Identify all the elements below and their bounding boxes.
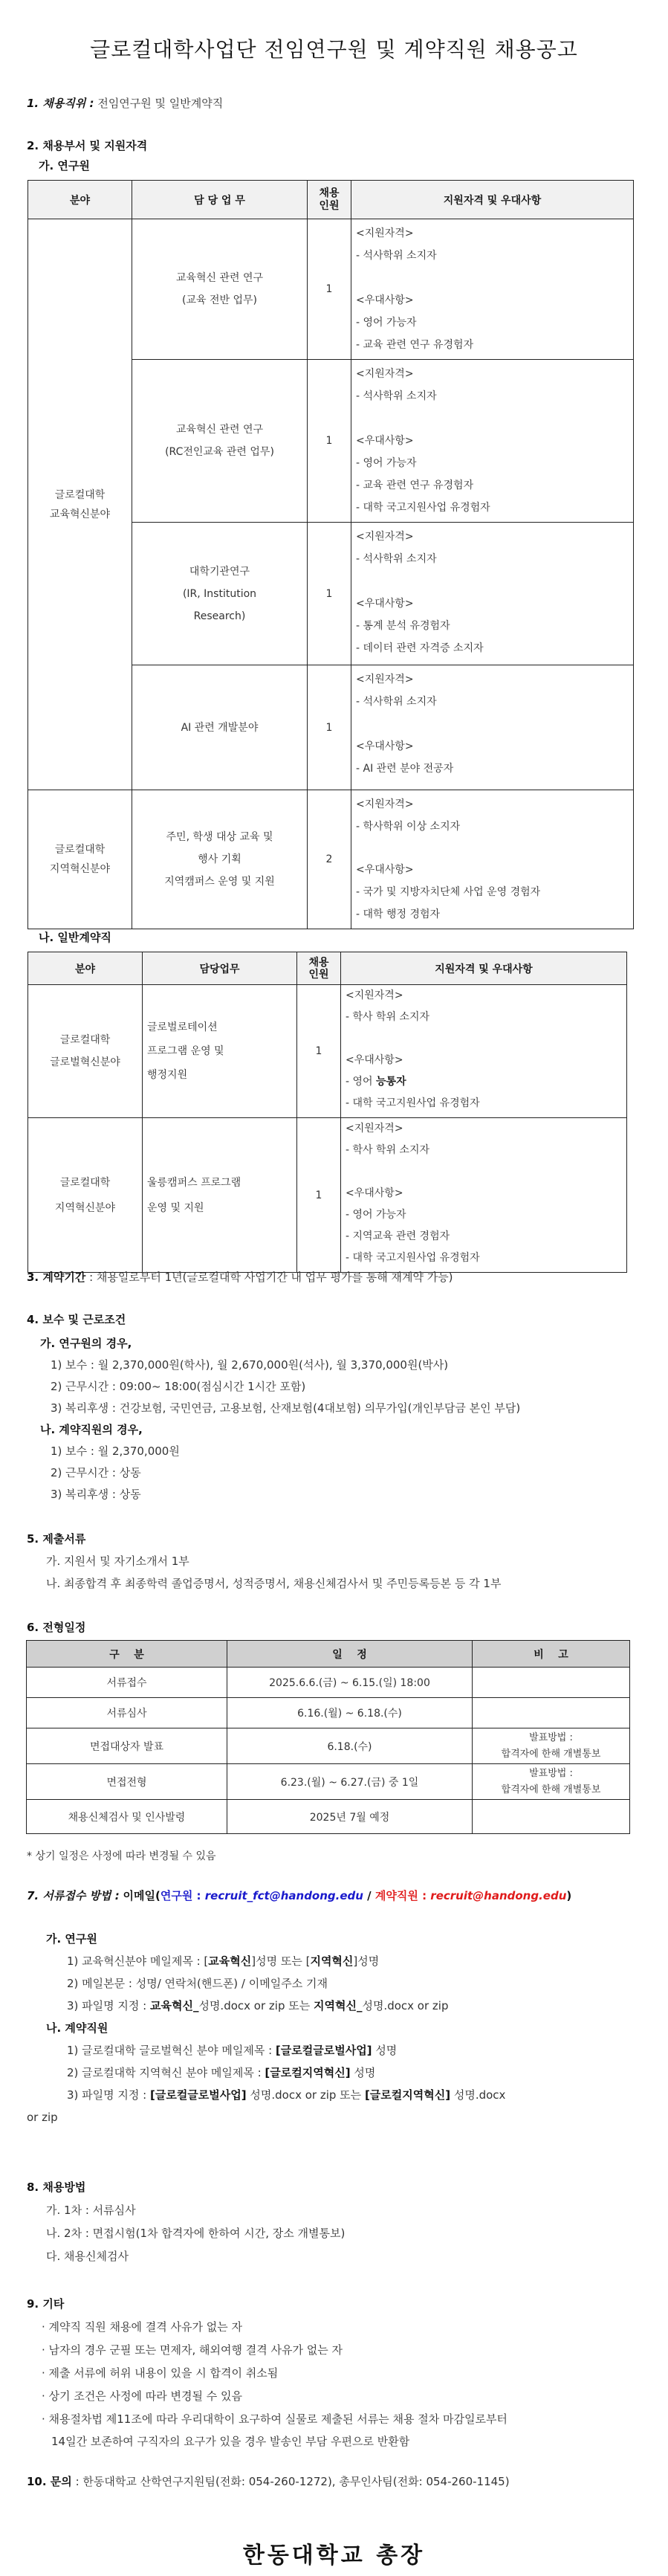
field-cell: 글로컬대학 교육혁신분야 [28, 219, 132, 790]
list-item: 가. 1차 : 서류심사 [46, 2203, 345, 2218]
emphasis: [글로컬글로벌사업] [150, 2088, 247, 2102]
task-line1: 글로벌로테이션 [147, 1016, 296, 1039]
field-line2: 지역혁신분야 [29, 1195, 141, 1221]
spacer [346, 1028, 622, 1050]
task-cell: 울릉캠퍼스 프로그램 운영 및 지원 [143, 1118, 297, 1273]
list-item: 1) 글로컬대학 글로벌혁신 분야 메일제목 : [글로컬글로벌사업] 성명 [67, 2043, 505, 2058]
date-cell: 6.16.(월) ~ 6.18.(수) [227, 1698, 473, 1728]
section-9-label: 9. 기타 [27, 2296, 508, 2311]
task-line1: 교육혁신 관련 연구 [133, 419, 306, 441]
pref-title: <우대사항> [356, 430, 629, 452]
list-item: 3) 파일명 지정 : 교육혁신_성명.docx or zip 또는 지역혁신_… [67, 1998, 505, 2013]
section-1-label: 1. 채용직위 : [27, 97, 94, 110]
list-item: 1) 보수 : 월 2,370,000원(학사), 월 2,670,000원(석… [51, 1358, 520, 1372]
task-line2: 운영 및 지원 [147, 1195, 296, 1221]
qualification-cell: <지원자격> - 학사 학위 소지자 <우대사항> - 영어 능통자 - 대학 … [341, 985, 627, 1118]
qual-item: - 학사 학위 소지자 [346, 1140, 622, 1161]
section-10: 10. 문의 : 한동대학교 산학연구지원팀(전화: 054-260-1272)… [27, 2473, 510, 2489]
text: 성명 [351, 2066, 376, 2079]
task-line3: 행정지원 [147, 1063, 296, 1087]
section-5: 5. 제출서류 가. 지원서 및 자기소개서 1부 나. 최종합격 후 최종학력… [27, 1531, 501, 1591]
task-line1: 교육혁신 관련 연구 [133, 267, 306, 289]
pref-title: <우대사항> [346, 1050, 622, 1071]
section-4a-label: 가. 연구원의 경우, [40, 1336, 520, 1351]
section-1-value: 전임연구원 및 일반계약직 [97, 97, 223, 110]
field-cell: 글로컬대학 지역혁신분야 [28, 1118, 143, 1273]
list-item: · 상기 조건은 사정에 따라 변경될 수 있음 [42, 2389, 508, 2404]
staff-email-link[interactable]: recruit@handong.edu [430, 1889, 566, 1902]
section-4b-label: 나. 계약직원의 경우, [40, 1422, 520, 1437]
list-item-continuation: 14일간 보존하여 구직자의 요구가 있을 경우 발송인 부담 우편으로 반환함 [51, 2434, 508, 2449]
count-cell: 1 [308, 219, 351, 360]
text: ]성명 [353, 1954, 379, 1968]
email-separator: / [363, 1889, 375, 1902]
emphasis: [글로컬글로벌사업] [276, 2044, 372, 2057]
task-line3: 지역캠퍼스 운영 및 지원 [133, 871, 306, 893]
stage-cell: 서류심사 [27, 1698, 227, 1728]
text: 성명 [372, 2044, 398, 2057]
qual-title: <지원자격> [356, 526, 629, 548]
task-cell: 대학기관연구 (IR, Institution Research) [132, 523, 308, 665]
pref-item: - 통계 분석 유경험자 [356, 615, 629, 637]
header-task: 담당업무 [143, 952, 297, 985]
emphasis: 지역혁신 [310, 1954, 353, 1968]
emphasis: [글로컬지역혁신] [265, 2066, 350, 2079]
pref-item-emphasis: 능통자 [376, 1076, 406, 1088]
list-item: · 남자의 경우 군필 또는 면제자, 해외여행 결격 사유가 없는 자 [42, 2343, 508, 2357]
text: 3) 파일명 지정 : [67, 2088, 150, 2102]
pref-item: - 지역교육 관련 경험자 [346, 1226, 622, 1247]
date-cell: 6.23.(월) ~ 6.27.(금) 중 1일 [227, 1764, 473, 1800]
task-cell: 교육혁신 관련 연구 (RC전인교육 관련 업무) [132, 360, 308, 523]
header-count-line1: 채용 [298, 957, 340, 969]
pref-item: - 교육 관련 연구 유경험자 [356, 334, 629, 356]
section-6-label: 6. 전형일정 [27, 1621, 85, 1634]
field-line2: 글로벌혁신분야 [29, 1051, 141, 1074]
emphasis: 교육혁신 [208, 1954, 251, 1968]
section-8-list: 가. 1차 : 서류심사 나. 2차 : 면접시험(1차 합격자에 한하여 시간… [46, 2203, 345, 2264]
section-8-label: 8. 채용방법 [27, 2180, 345, 2195]
qualification-cell: <지원자격> - 석사학위 소지자 <우대사항> - 통계 분석 유경험자 - … [351, 523, 634, 665]
pref-item: - 대학 국고지원사업 유경험자 [346, 1247, 622, 1269]
stage-cell: 면접전형 [27, 1764, 227, 1800]
text: 성명.docx or zip 또는 [198, 1999, 314, 2012]
pref-item: - 데이터 관련 자격증 소지자 [356, 637, 629, 659]
list-item: 2) 근무시간 : 09:00~ 18:00(점심시간 1시간 포함) [51, 1379, 520, 1394]
qual-title: <지원자격> [356, 363, 629, 385]
qual-item: - 학사학위 이상 소지자 [356, 816, 629, 838]
text: 3) 파일명 지정 : [67, 1999, 150, 2012]
table-row: 서류심사 6.16.(월) ~ 6.18.(수) [27, 1698, 630, 1728]
section-1-position: 1. 채용직위 : 전임연구원 및 일반계약직 [27, 95, 223, 111]
table-row: 글로컬대학 글로벌혁신분야 글로벌로테이션 프로그램 운영 및 행정지원 1 <… [28, 985, 627, 1118]
note-cell [473, 1698, 630, 1728]
list-item: · 채용절차법 제11조에 따라 우리대학이 요구하여 실물로 제출된 서류는 … [42, 2412, 508, 2427]
qual-title: <지원자격> [356, 222, 629, 245]
table-row: 글로컬대학 지역혁신분야 울릉캠퍼스 프로그램 운영 및 지원 1 <지원자격>… [28, 1118, 627, 1273]
count-cell: 1 [308, 523, 351, 665]
pref-title: <우대사항> [346, 1183, 622, 1204]
qual-item: - 학사 학위 소지자 [346, 1007, 622, 1028]
header-date: 일 정 [227, 1641, 473, 1668]
spacer [356, 570, 629, 593]
table-row: 글로컬대학 지역혁신분야 주민, 학생 대상 교육 및 행사 기획 지역캠퍼스 … [28, 790, 634, 929]
task-line2: 프로그램 운영 및 [147, 1039, 296, 1063]
spacer [356, 267, 629, 289]
date-cell: 2025년 7월 예정 [227, 1800, 473, 1834]
section-8: 8. 채용방법 가. 1차 : 서류심사 나. 2차 : 면접시험(1차 합격자… [27, 2180, 345, 2264]
emphasis: 지역혁신_ [314, 1999, 362, 2012]
method-suffix: ) [566, 1889, 571, 1902]
header-count: 채용 인원 [308, 181, 351, 219]
emphasis: [글로컬지역혁신] [365, 2088, 450, 2102]
field-cell: 글로컬대학 글로벌혁신분야 [28, 985, 143, 1118]
section-7b-list: 1) 글로컬대학 글로벌혁신 분야 메일제목 : [글로컬글로벌사업] 성명 2… [67, 2043, 505, 2102]
text: 1) 글로컬대학 글로벌혁신 분야 메일제목 : [67, 2044, 276, 2057]
task-line2: (IR, Institution [133, 583, 306, 605]
pref-item: - 대학 국고지원사업 유경험자 [356, 497, 629, 519]
list-item: 1) 교육혁신분야 메일제목 : [교육혁신]성명 또는 [지역혁신]성명 [67, 1954, 505, 1969]
pref-item: - 영어 가능자 [356, 452, 629, 474]
text: ]성명 또는 [ [251, 1954, 310, 1968]
field-line2: 지역혁신분야 [29, 859, 131, 879]
schedule-table: 구 분 일 정 비 고 서류접수 2025.6.6.(금) ~ 6.15.(일)… [26, 1640, 630, 1834]
field-line2: 교육혁신분야 [29, 505, 131, 524]
header-count-line1: 채용 [308, 187, 350, 200]
section-9-list: · 계약직 직원 채용에 결격 사유가 없는 자 · 남자의 경우 군필 또는 … [42, 2320, 508, 2449]
header-stage: 구 분 [27, 1641, 227, 1668]
header-qualifications: 지원자격 및 우대사항 [341, 952, 627, 985]
list-item: 가. 지원서 및 자기소개서 1부 [46, 1554, 501, 1569]
task-line2: (RC전인교육 관련 업무) [133, 441, 306, 463]
list-item: 3) 파일명 지정 : [글로컬글로벌사업] 성명.docx or zip 또는… [67, 2088, 505, 2102]
signature: 한동대학교 총장 [0, 2537, 668, 2569]
section-6-heading: 6. 전형일정 [27, 1619, 85, 1635]
qual-title: <지원자격> [346, 985, 622, 1007]
pref-title: <우대사항> [356, 735, 629, 758]
header-count: 채용 인원 [297, 952, 341, 985]
text: 성명.docx or zip [362, 1999, 448, 2012]
field-line1: 글로컬대학 [29, 485, 131, 505]
qual-title: <지원자격> [356, 793, 629, 816]
table-row: 글로컬대학 교육혁신분야 교육혁신 관련 연구 (교육 전반 업무) 1 <지원… [28, 219, 634, 360]
task-line2: 행사 기획 [133, 848, 306, 871]
text: 1) 교육혁신분야 메일제목 : [ [67, 1954, 208, 1968]
table-row: 면접전형 6.23.(월) ~ 6.27.(금) 중 1일 발표방법 : 합격자… [27, 1764, 630, 1800]
qual-item: - 석사학위 소지자 [356, 548, 629, 570]
section-4: 4. 보수 및 근로조건 가. 연구원의 경우, 1) 보수 : 월 2,370… [27, 1312, 520, 1502]
section-4b-list: 1) 보수 : 월 2,370,000원 2) 근무시간 : 상동 3) 복리후… [51, 1444, 520, 1502]
field-line1: 글로컬대학 [29, 1170, 141, 1195]
section-7: 7. 서류접수 방법 : 이메일(연구원 : recruit_fct@hando… [27, 1888, 571, 1903]
text: 성명.docx [450, 2088, 505, 2102]
spacer [356, 838, 629, 859]
note-line2: 합격자에 한해 개별통보 [473, 1782, 629, 1798]
section-3-value: : 채용일로부터 1년(글로컬대학 사업기간 내 업무 평가를 통해 재계약 가… [89, 1271, 453, 1284]
list-item: · 제출 서류에 허위 내용이 있을 시 합격이 취소됨 [42, 2366, 508, 2380]
note-line2: 합격자에 한해 개별통보 [473, 1746, 629, 1763]
text: 2) 글로컬대학 지역혁신 분야 메일제목 : [67, 2066, 265, 2079]
section-7a-list: 1) 교육혁신분야 메일제목 : [교육혁신]성명 또는 [지역혁신]성명 2)… [67, 1954, 505, 2013]
task-line1: 대학기관연구 [133, 561, 306, 583]
field-line1: 글로컬대학 [29, 1029, 141, 1051]
researcher-email-label: 연구원 : [160, 1889, 205, 1902]
section-2a-heading: 가. 연구원 [39, 158, 90, 173]
spacer [346, 1161, 622, 1183]
spacer [356, 713, 629, 735]
contract-positions-table: 분야 담당업무 채용 인원 지원자격 및 우대사항 글로컬대학 글로벌혁신분야 … [27, 952, 627, 1273]
researcher-positions-table: 분야 담 당 업 무 채용 인원 지원자격 및 우대사항 글로컬대학 교육혁신분… [27, 180, 634, 929]
list-item: 나. 최종합격 후 최종학력 졸업증명서, 성적증명서, 채용신체검사서 및 주… [46, 1576, 501, 1591]
header-note: 비 고 [473, 1641, 630, 1668]
task-line3: Research) [133, 605, 306, 627]
qualification-cell: <지원자격> - 석사학위 소지자 <우대사항> - 영어 가능자 - 교육 관… [351, 219, 634, 360]
qual-title: <지원자격> [356, 668, 629, 691]
list-item: 2) 글로컬대학 지역혁신 분야 메일제목 : [글로컬지역혁신] 성명 [67, 2065, 505, 2080]
list-item: 다. 채용신체검사 [46, 2249, 345, 2264]
pref-item: - 대학 국고지원사업 유경험자 [346, 1093, 622, 1114]
pref-title: <우대사항> [356, 859, 629, 881]
count-cell: 1 [308, 665, 351, 790]
list-item: 3) 복리후생 : 상동 [51, 1487, 520, 1502]
table-row: 서류접수 2025.6.6.(금) ~ 6.15.(일) 18:00 [27, 1668, 630, 1698]
list-item: · 계약직 직원 채용에 결격 사유가 없는 자 [42, 2320, 508, 2334]
stage-cell: 채용신체검사 및 인사발령 [27, 1800, 227, 1834]
qual-item: - 석사학위 소지자 [356, 245, 629, 267]
note-cell: 발표방법 : 합격자에 한해 개별통보 [473, 1728, 630, 1764]
section-3: 3. 계약기간 : 채용일로부터 1년(글로컬대학 사업기간 내 업무 평가를 … [27, 1269, 453, 1285]
section-2a-label: 가. 연구원 [39, 159, 90, 172]
qualification-cell: <지원자격> - 학사학위 이상 소지자 <우대사항> - 국가 및 지방자치단… [351, 790, 634, 929]
qualification-cell: <지원자격> - 석사학위 소지자 <우대사항> - AI 관련 분야 전공자 [351, 665, 634, 790]
pref-item: - 대학 행정 경험자 [356, 903, 629, 926]
qualification-cell: <지원자격> - 석사학위 소지자 <우대사항> - 영어 가능자 - 교육 관… [351, 360, 634, 523]
list-item: 2) 메일본문 : 성명/ 연락처(핸드폰) / 이메일주소 기재 [67, 1976, 505, 1991]
section-10-value: : 한동대학교 산학연구지원팀(전화: 054-260-1272), 총무인사팀… [76, 2475, 510, 2488]
section-4-label: 4. 보수 및 근로조건 [27, 1312, 520, 1327]
task-cell: 글로벌로테이션 프로그램 운영 및 행정지원 [143, 985, 297, 1118]
section-7a-label: 가. 연구원 [46, 1931, 505, 1946]
date-cell: 6.18.(수) [227, 1728, 473, 1764]
section-2b-heading: 나. 일반계약직 [39, 929, 111, 945]
qual-item: - 석사학위 소지자 [356, 691, 629, 713]
note-cell [473, 1800, 630, 1834]
text: 성명.docx or zip 또는 [247, 2088, 365, 2102]
header-qualifications: 지원자격 및 우대사항 [351, 181, 634, 219]
page-title: 글로컬대학사업단 전임연구원 및 계약직원 채용공고 [0, 0, 668, 63]
header-task: 담 당 업 무 [132, 181, 308, 219]
count-cell: 2 [308, 790, 351, 929]
task-line1: 울릉캠퍼스 프로그램 [147, 1170, 296, 1195]
section-7-label: 7. 서류접수 방법 : [27, 1889, 120, 1902]
task-cell: AI 관련 개발분야 [132, 665, 308, 790]
list-item: 1) 보수 : 월 2,370,000원 [51, 1444, 520, 1459]
pref-title: <우대사항> [356, 289, 629, 311]
task-cell: 주민, 학생 대상 교육 및 행사 기획 지역캠퍼스 운영 및 지원 [132, 790, 308, 929]
note-cell: 발표방법 : 합격자에 한해 개별통보 [473, 1764, 630, 1800]
date-cell: 2025.6.6.(금) ~ 6.15.(일) 18:00 [227, 1668, 473, 1698]
section-2-heading: 2. 채용부서 및 지원자격 [27, 138, 147, 153]
method-prefix: 이메일( [123, 1889, 160, 1902]
pref-item: - AI 관련 분야 전공자 [356, 758, 629, 780]
field-cell: 글로컬대학 지역혁신분야 [28, 790, 132, 929]
section-2-label: 2. 채용부서 및 지원자격 [27, 139, 147, 152]
list-item: 3) 복리후생 : 건강보험, 국민연금, 고용보험, 산재보험(4대보험) 의… [51, 1401, 520, 1415]
note-line1: 발표방법 : [473, 1730, 629, 1746]
schedule-footnote: * 상기 일정은 사정에 따라 변경될 수 있음 [27, 1848, 216, 1863]
list-item: 2) 근무시간 : 상동 [51, 1465, 520, 1480]
count-cell: 1 [297, 985, 341, 1118]
table-row: 면접대상자 발표 6.18.(수) 발표방법 : 합격자에 한해 개별통보 [27, 1728, 630, 1764]
table-header-row: 구 분 일 정 비 고 [27, 1641, 630, 1668]
section-4a-list: 1) 보수 : 월 2,370,000원(학사), 월 2,670,000원(석… [51, 1358, 520, 1415]
field-line1: 글로컬대학 [29, 840, 131, 859]
count-cell: 1 [308, 360, 351, 523]
header-count-line2: 인원 [308, 200, 350, 213]
pref-item: - 교육 관련 연구 유경험자 [356, 474, 629, 497]
count-cell: 1 [297, 1118, 341, 1273]
qual-item: - 석사학위 소지자 [356, 385, 629, 407]
task-line1: AI 관련 개발분야 [133, 720, 306, 735]
section-5-list: 가. 지원서 및 자기소개서 1부 나. 최종합격 후 최종학력 졸업증명서, … [46, 1554, 501, 1591]
qual-title: <지원자격> [346, 1118, 622, 1140]
header-field: 분야 [28, 952, 143, 985]
staff-email-label: 계약직원 : [375, 1889, 430, 1902]
filename-wrap-text: or zip [27, 2110, 58, 2125]
pref-item: - 국가 및 지방자치단체 사업 운영 경험자 [356, 881, 629, 903]
pref-item-text: - 영어 [346, 1076, 376, 1088]
stage-cell: 서류접수 [27, 1668, 227, 1698]
pref-item: - 영어 능통자 [346, 1071, 622, 1093]
task-line2: (교육 전반 업무) [133, 289, 306, 311]
section-2b-label: 나. 일반계약직 [39, 931, 111, 944]
table-header-row: 분야 담당업무 채용 인원 지원자격 및 우대사항 [28, 952, 627, 985]
section-10-label: 10. 문의 [27, 2475, 72, 2488]
list-item: 나. 2차 : 면접시험(1차 합격자에 한하여 시간, 장소 개별통보) [46, 2226, 345, 2241]
header-field: 분야 [28, 181, 132, 219]
note-cell [473, 1668, 630, 1698]
table-header-row: 분야 담 당 업 무 채용 인원 지원자격 및 우대사항 [28, 181, 634, 219]
section-5-label: 5. 제출서류 [27, 1531, 501, 1546]
table-row: 채용신체검사 및 인사발령 2025년 7월 예정 [27, 1800, 630, 1834]
emphasis: 교육혁신_ [150, 1999, 198, 2012]
section-7b-label: 나. 계약직원 [46, 2021, 505, 2036]
task-cell: 교육혁신 관련 연구 (교육 전반 업무) [132, 219, 308, 360]
pref-item: - 영어 가능자 [356, 311, 629, 334]
pref-title: <우대사항> [356, 593, 629, 615]
note-line1: 발표방법 : [473, 1766, 629, 1782]
researcher-email-link[interactable]: recruit_fct@handong.edu [205, 1889, 363, 1902]
stage-cell: 면접대상자 발표 [27, 1728, 227, 1764]
header-count-line2: 인원 [298, 969, 340, 981]
qualification-cell: <지원자격> - 학사 학위 소지자 <우대사항> - 영어 가능자 - 지역교… [341, 1118, 627, 1273]
section-7a: 가. 연구원 1) 교육혁신분야 메일제목 : [교육혁신]성명 또는 [지역혁… [46, 1931, 505, 2102]
section-9: 9. 기타 · 계약직 직원 채용에 결격 사유가 없는 자 · 남자의 경우 … [27, 2296, 508, 2449]
pref-item: - 영어 가능자 [346, 1204, 622, 1226]
section-3-label: 3. 계약기간 [27, 1271, 85, 1284]
spacer [356, 407, 629, 430]
task-line1: 주민, 학생 대상 교육 및 [133, 826, 306, 848]
announcement-page: 글로컬대학사업단 전임연구원 및 계약직원 채용공고 1. 채용직위 : 전임연… [0, 0, 668, 63]
